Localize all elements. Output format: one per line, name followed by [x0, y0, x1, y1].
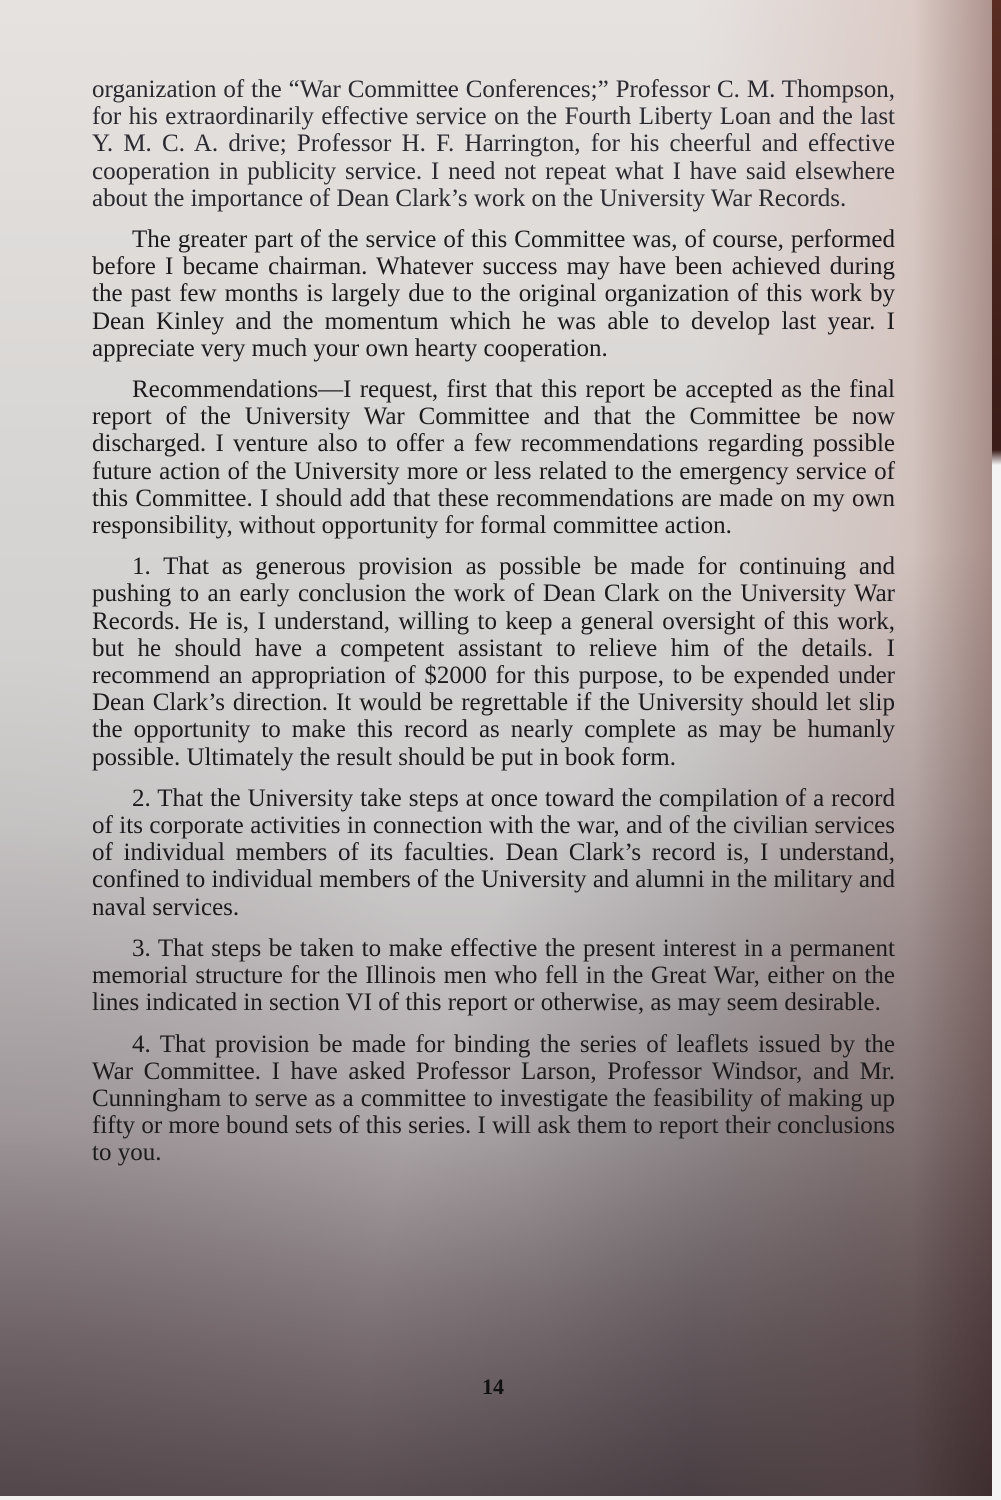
page-number: 14 — [482, 1374, 504, 1400]
recommendation-item-3: 3. That steps be taken to make effective… — [92, 935, 895, 1017]
recommendation-item-1: 1. That as generous provision as possibl… — [92, 553, 895, 771]
paragraph-continuation: organization of the “War Committee Confe… — [92, 76, 895, 212]
paragraph-greater-part: The greater part of the service of this … — [92, 226, 895, 362]
page-edge — [992, 0, 1001, 1500]
paragraph-recommendations: Recommendations—I request, first that th… — [92, 376, 895, 539]
recommendation-item-4: 4. That provision be made for binding th… — [92, 1031, 895, 1167]
page-body: organization of the “War Committee Confe… — [92, 76, 895, 1181]
recommendation-item-2: 2. That the University take steps at onc… — [92, 785, 895, 921]
